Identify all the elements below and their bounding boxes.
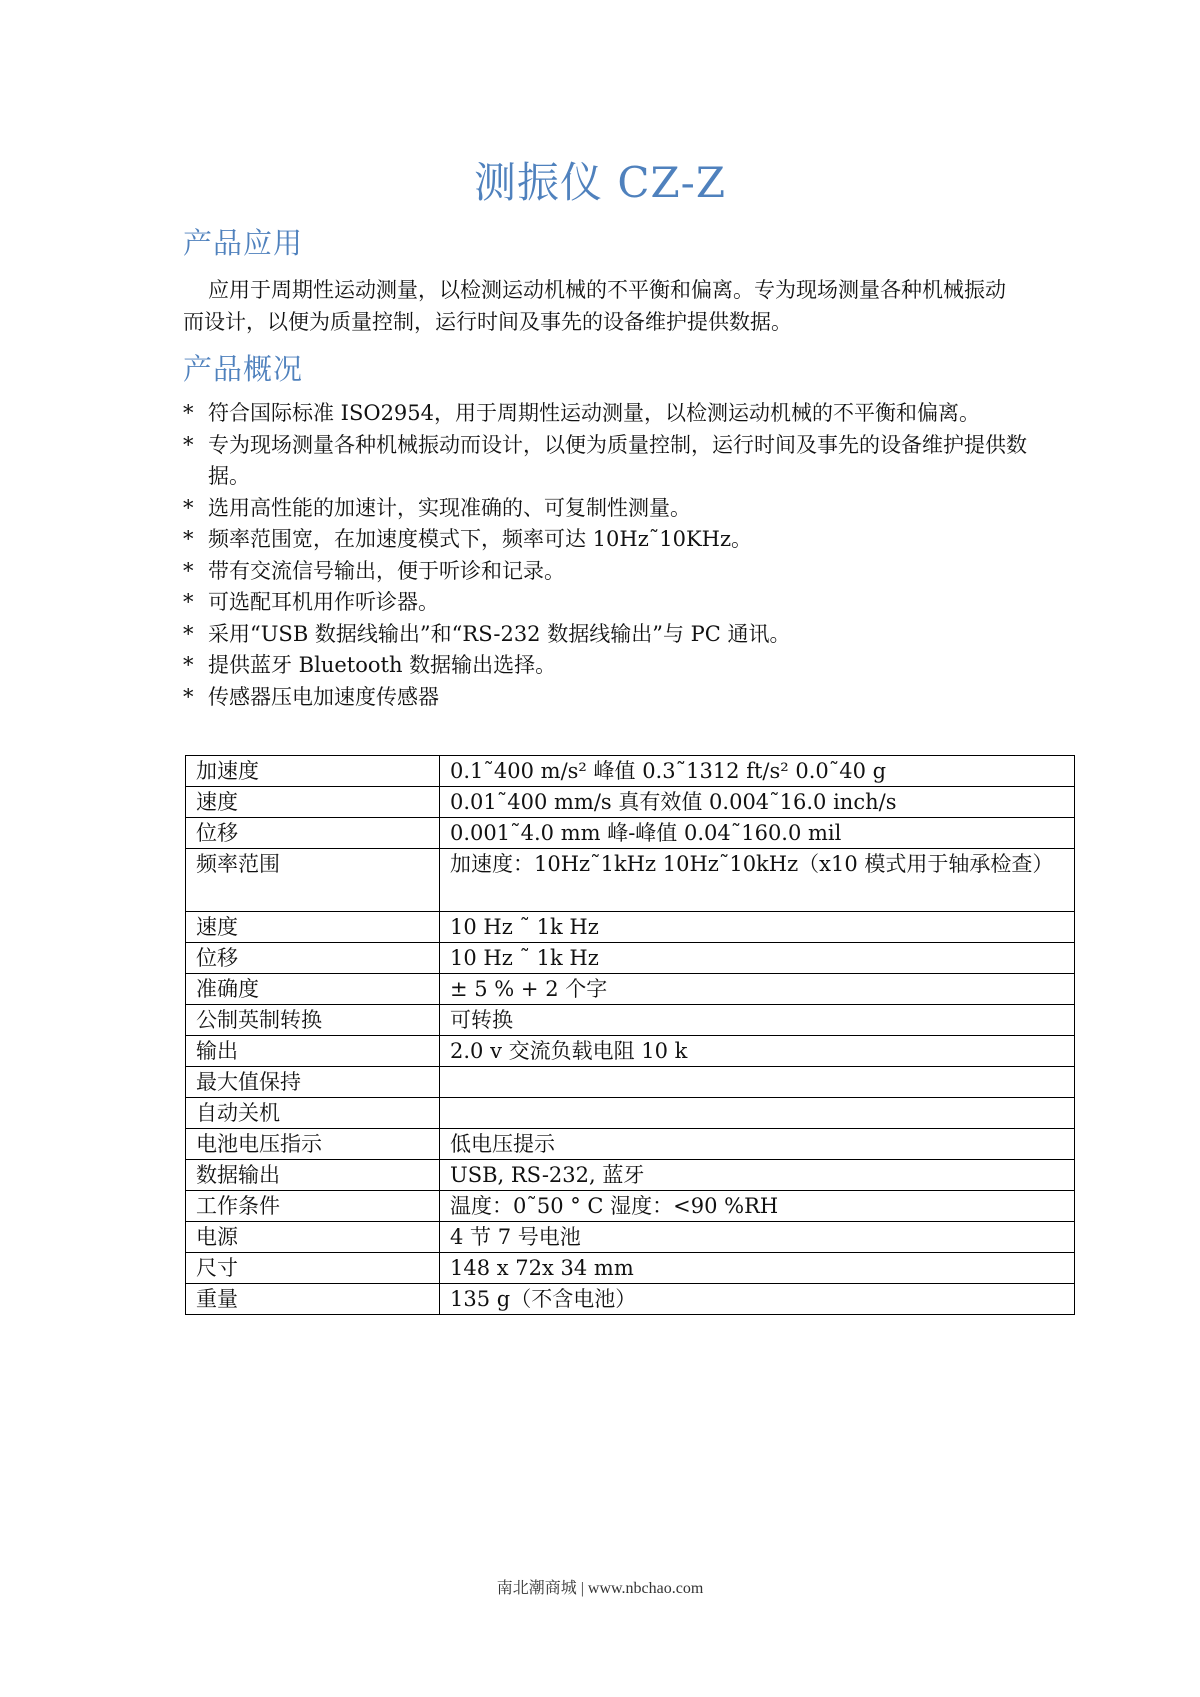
table-row: 工作条件温度：0˜50 ° C 湿度：<90 %RH [186, 1191, 1075, 1222]
list-item: *选用高性能的加速计，实现准确的、可复制性测量。 [183, 493, 1033, 525]
list-item: *可选配耳机用作听诊器。 [183, 587, 1033, 619]
table-row: 速度10 Hz ˜ 1k Hz [186, 912, 1075, 943]
spec-value: 0.01˜400 mm/s 真有效值 0.004˜16.0 inch/s [440, 787, 1075, 818]
spec-label: 最大值保持 [186, 1067, 440, 1098]
table-row: 位移10 Hz ˜ 1k Hz [186, 943, 1075, 974]
list-item-text: 提供蓝牙 Bluetooth 数据输出选择。 [208, 653, 556, 677]
list-item-text: 专为现场测量各种机械振动而设计，以便为质量控制，运行时间及事先的设备维护提供数据… [208, 433, 1027, 489]
table-row: 数据输出USB, RS-232, 蓝牙 [186, 1160, 1075, 1191]
list-item-text: 采用“USB 数据线输出”和“RS-232 数据线输出”与 PC 通讯。 [208, 622, 791, 646]
spec-value: 135 g（不含电池） [440, 1284, 1075, 1315]
asterisk-bullet-icon: * [183, 650, 194, 682]
table-row: 电池电压指示低电压提示 [186, 1129, 1075, 1160]
table-row: 公制英制转换可转换 [186, 1005, 1075, 1036]
list-item-text: 传感器压电加速度传感器 [208, 685, 439, 709]
spec-label: 公制英制转换 [186, 1005, 440, 1036]
spec-value: 低电压提示 [440, 1129, 1075, 1160]
asterisk-bullet-icon: * [183, 398, 194, 430]
spec-label: 尺寸 [186, 1253, 440, 1284]
spec-value: 10 Hz ˜ 1k Hz [440, 943, 1075, 974]
spec-value [440, 1067, 1075, 1098]
asterisk-bullet-icon: * [183, 524, 194, 556]
spec-label: 工作条件 [186, 1191, 440, 1222]
section-heading-application: 产品应用 [183, 221, 303, 262]
list-item: *专为现场测量各种机械振动而设计，以便为质量控制，运行时间及事先的设备维护提供数… [183, 430, 1033, 493]
table-row: 加速度0.1˜400 m/s² 峰值 0.3˜1312 ft/s² 0.0˜40… [186, 756, 1075, 787]
page-title: 测振仪 CZ-Z [0, 150, 1200, 210]
spec-value: 0.1˜400 m/s² 峰值 0.3˜1312 ft/s² 0.0˜40 g [440, 756, 1075, 787]
spec-label: 加速度 [186, 756, 440, 787]
asterisk-bullet-icon: * [183, 556, 194, 588]
spec-value: 可转换 [440, 1005, 1075, 1036]
list-item-text: 可选配耳机用作听诊器。 [208, 590, 439, 614]
spec-value: 加速度：10Hz˜1kHz 10Hz˜10kHz（x10 模式用于轴承检查） [440, 849, 1075, 912]
spec-label: 速度 [186, 912, 440, 943]
list-item: *采用“USB 数据线输出”和“RS-232 数据线输出”与 PC 通讯。 [183, 619, 1033, 651]
table-row: 准确度± 5 % + 2 个字 [186, 974, 1075, 1005]
spec-label: 频率范围 [186, 849, 440, 912]
asterisk-bullet-icon: * [183, 430, 194, 462]
table-row: 速度0.01˜400 mm/s 真有效值 0.004˜16.0 inch/s [186, 787, 1075, 818]
asterisk-bullet-icon: * [183, 493, 194, 525]
overview-bullet-list: *符合国际标准 ISO2954，用于周期性运动测量，以检测运动机械的不平衡和偏离… [183, 398, 1033, 713]
application-paragraph: 应用于周期性运动测量，以检测运动机械的不平衡和偏离。专为现场测量各种机械振动而设… [183, 274, 1023, 338]
spec-value: 10 Hz ˜ 1k Hz [440, 912, 1075, 943]
table-row: 自动关机 [186, 1098, 1075, 1129]
spec-label: 位移 [186, 943, 440, 974]
table-row: 位移0.001˜4.0 mm 峰-峰值 0.04˜160.0 mil [186, 818, 1075, 849]
list-item: *带有交流信号输出，便于听诊和记录。 [183, 556, 1033, 588]
table-row: 重量135 g（不含电池） [186, 1284, 1075, 1315]
list-item-text: 带有交流信号输出，便于听诊和记录。 [208, 559, 565, 583]
spec-label: 位移 [186, 818, 440, 849]
asterisk-bullet-icon: * [183, 682, 194, 714]
table-row: 尺寸148 x 72x 34 mm [186, 1253, 1075, 1284]
spec-label: 准确度 [186, 974, 440, 1005]
list-item-text: 频率范围宽，在加速度模式下，频率可达 10Hz˜10KHz。 [208, 527, 752, 551]
table-row: 频率范围加速度：10Hz˜1kHz 10Hz˜10kHz（x10 模式用于轴承检… [186, 849, 1075, 912]
spec-label: 速度 [186, 787, 440, 818]
spec-value: 148 x 72x 34 mm [440, 1253, 1075, 1284]
list-item: *传感器压电加速度传感器 [183, 682, 1033, 714]
spec-label: 重量 [186, 1284, 440, 1315]
spec-value: USB, RS-232, 蓝牙 [440, 1160, 1075, 1191]
spec-label: 电源 [186, 1222, 440, 1253]
list-item-text: 选用高性能的加速计，实现准确的、可复制性测量。 [208, 496, 691, 520]
spec-value: ± 5 % + 2 个字 [440, 974, 1075, 1005]
spec-label: 数据输出 [186, 1160, 440, 1191]
list-item: *频率范围宽，在加速度模式下，频率可达 10Hz˜10KHz。 [183, 524, 1033, 556]
section-heading-overview: 产品概况 [183, 347, 303, 388]
table-row: 电源4 节 7 号电池 [186, 1222, 1075, 1253]
footer-watermark: 南北潮商城 | www.nbchao.com [0, 1575, 1200, 1598]
spec-value: 4 节 7 号电池 [440, 1222, 1075, 1253]
spec-value: 0.001˜4.0 mm 峰-峰值 0.04˜160.0 mil [440, 818, 1075, 849]
asterisk-bullet-icon: * [183, 587, 194, 619]
asterisk-bullet-icon: * [183, 619, 194, 651]
table-row: 最大值保持 [186, 1067, 1075, 1098]
list-item: *提供蓝牙 Bluetooth 数据输出选择。 [183, 650, 1033, 682]
spec-value: 2.0 v 交流负载电阻 10 k [440, 1036, 1075, 1067]
list-item: *符合国际标准 ISO2954，用于周期性运动测量，以检测运动机械的不平衡和偏离… [183, 398, 1033, 430]
spec-label: 自动关机 [186, 1098, 440, 1129]
spec-value [440, 1098, 1075, 1129]
list-item-text: 符合国际标准 ISO2954，用于周期性运动测量，以检测运动机械的不平衡和偏离。 [208, 401, 980, 425]
spec-table: 加速度0.1˜400 m/s² 峰值 0.3˜1312 ft/s² 0.0˜40… [185, 755, 1075, 1315]
spec-label: 输出 [186, 1036, 440, 1067]
table-row: 输出2.0 v 交流负载电阻 10 k [186, 1036, 1075, 1067]
spec-value: 温度：0˜50 ° C 湿度：<90 %RH [440, 1191, 1075, 1222]
spec-label: 电池电压指示 [186, 1129, 440, 1160]
